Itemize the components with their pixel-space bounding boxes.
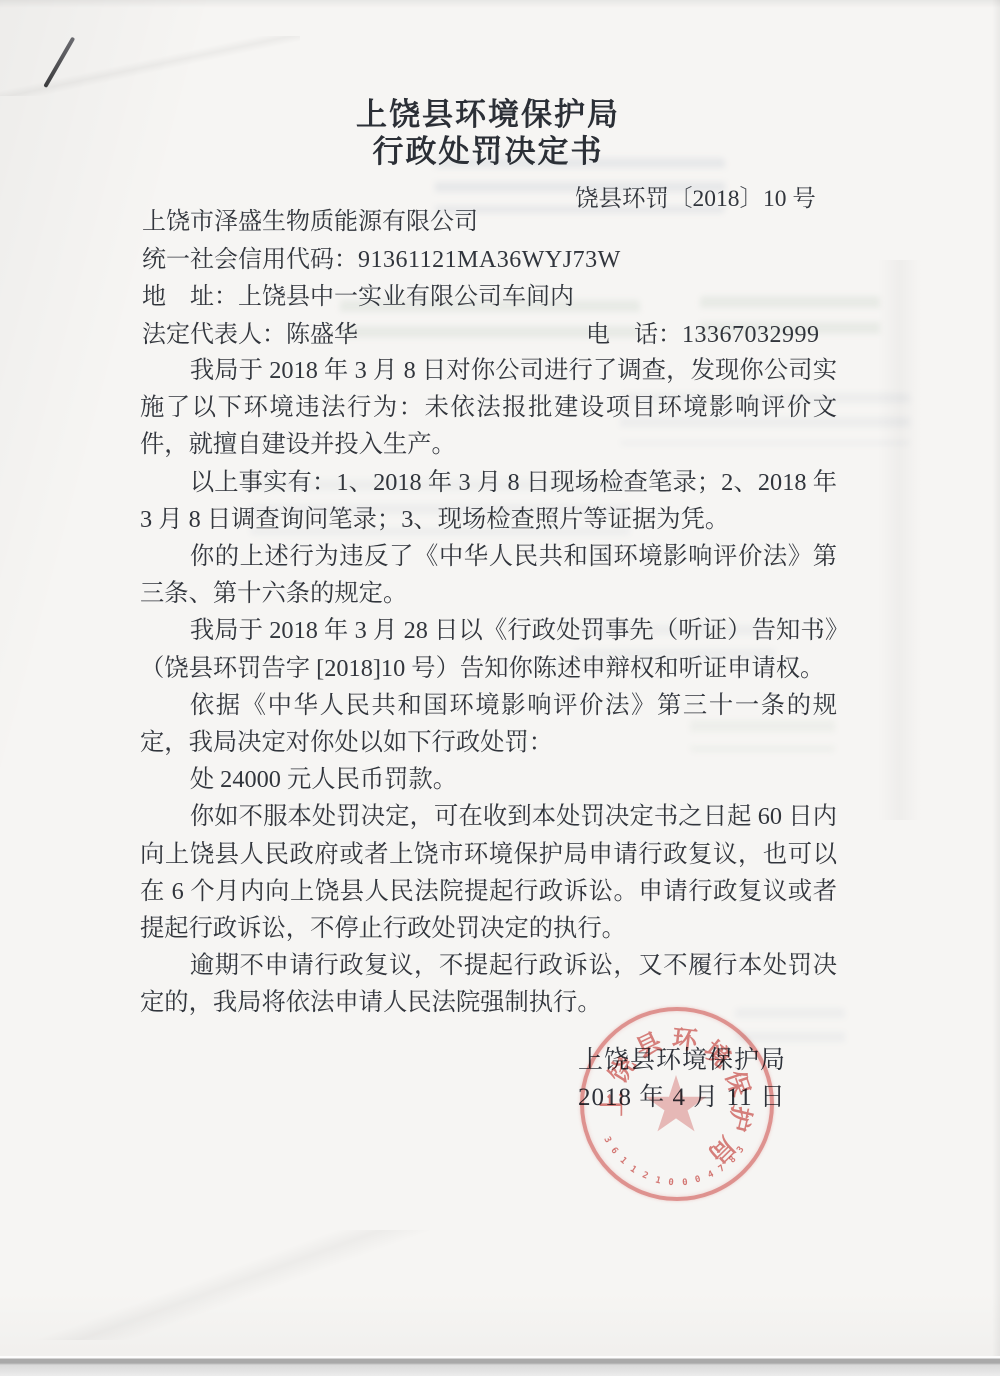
- address-label: 地 址：: [142, 284, 238, 310]
- body-paragraph: 依据《中华人民共和国环境影响评价法》第三十一条的规定，我局决定对你处以如下行政处…: [140, 687, 837, 761]
- agency-title: 上饶县环境保护局: [0, 96, 988, 133]
- document-body: 我局于 2018 年 3 月 8 日对你公司进行了调查，发现你公司实施了以下环境…: [140, 352, 837, 1022]
- phone-label: 电 话：: [586, 322, 682, 348]
- paper-crease: [850, 260, 940, 820]
- legal-rep-value: 陈盛华: [286, 322, 358, 348]
- seal-code-digit: 0: [694, 1175, 702, 1186]
- phone-line: 电 话：13367032999: [586, 317, 820, 355]
- credit-code-line: 统一社会信用代码：91361121MA36WYJ73W: [142, 242, 839, 280]
- phone-value: 13367032999: [682, 322, 820, 348]
- body-paragraph-penalty-amount: 处 24000 元人民币罚款。: [140, 761, 837, 798]
- seal-code-digit: 6: [608, 1146, 619, 1156]
- address-value: 上饶县中一实业有限公司车间内: [238, 284, 574, 310]
- body-paragraph: 以上事实有：1、2018 年 3 月 8 日现场检查笔录；2、2018 年 3 …: [140, 464, 837, 538]
- seal-code-digit: 2: [641, 1171, 650, 1182]
- body-paragraph: 你的上述行为违反了《中华人民共和国环境影响评价法》第三条、第十六条的规定。: [140, 538, 837, 612]
- seal-code-digit: 0: [668, 1178, 674, 1188]
- paper-edge-bottom: [0, 1356, 1000, 1376]
- body-paragraph: 你如不服本处罚决定，可在收到本处罚决定书之日起 60 日内向上饶县人民政府或者上…: [140, 798, 837, 947]
- paper-crease: [0, 1230, 460, 1340]
- seal-code-digit: 1: [654, 1175, 662, 1186]
- seal-code-digit: 3: [736, 1145, 747, 1155]
- recipient-company: 上饶市泽盛生物质能源有限公司: [142, 204, 839, 242]
- paper-edge-right: [992, 0, 1000, 1376]
- seal-code-digit: 1: [617, 1156, 628, 1167]
- body-paragraph: 我局于 2018 年 3 月 28 日以《行政处罚事先（听证）告知书》（饶县环罚…: [140, 612, 837, 686]
- signature-block: 上饶县环境保护局 2018 年 4 月 11 日: [578, 1042, 786, 1116]
- credit-code-value: 91361121MA36WYJ73W: [358, 247, 621, 273]
- signature-agency: 上饶县环境保护局: [578, 1042, 786, 1079]
- address-line: 地 址：上饶县中一实业有限公司车间内: [142, 279, 839, 317]
- seal-code-digit: 8: [727, 1155, 738, 1166]
- document-header: 上饶县环境保护局 行政处罚决定书: [0, 96, 988, 170]
- document-type-title: 行政处罚决定书: [0, 133, 988, 170]
- seal-code-digit: 4: [706, 1170, 715, 1181]
- seal-code-digit: 7: [717, 1163, 727, 1174]
- scanned-document-page: 上饶县环境保护局 行政处罚决定书 饶县环罚〔2018〕10 号 上饶市泽盛生物质…: [0, 0, 1000, 1376]
- body-paragraph: 我局于 2018 年 3 月 8 日对你公司进行了调查，发现你公司实施了以下环境…: [140, 352, 837, 464]
- staple-mark: [43, 37, 75, 88]
- legal-rep-label: 法定代表人：: [142, 322, 286, 348]
- legal-rep-line: 法定代表人：陈盛华电 话：13367032999: [142, 317, 839, 355]
- signature-date: 2018 年 4 月 11 日: [578, 1079, 786, 1116]
- recipient-block: 上饶市泽盛生物质能源有限公司 统一社会信用代码：91361121MA36WYJ7…: [142, 204, 839, 354]
- seal-code-digit: 3: [601, 1135, 612, 1144]
- credit-code-label: 统一社会信用代码：: [142, 247, 358, 273]
- body-paragraph: 逾期不申请行政复议，不提起行政诉讼，又不履行本处罚决定的，我局将依法申请人民法院…: [140, 947, 837, 1021]
- paper-edge-top: [0, 0, 1000, 8]
- seal-code-digit: 1: [628, 1164, 638, 1175]
- seal-arc-character: 局: [702, 1129, 745, 1172]
- seal-code-digit: 0: [682, 1177, 688, 1187]
